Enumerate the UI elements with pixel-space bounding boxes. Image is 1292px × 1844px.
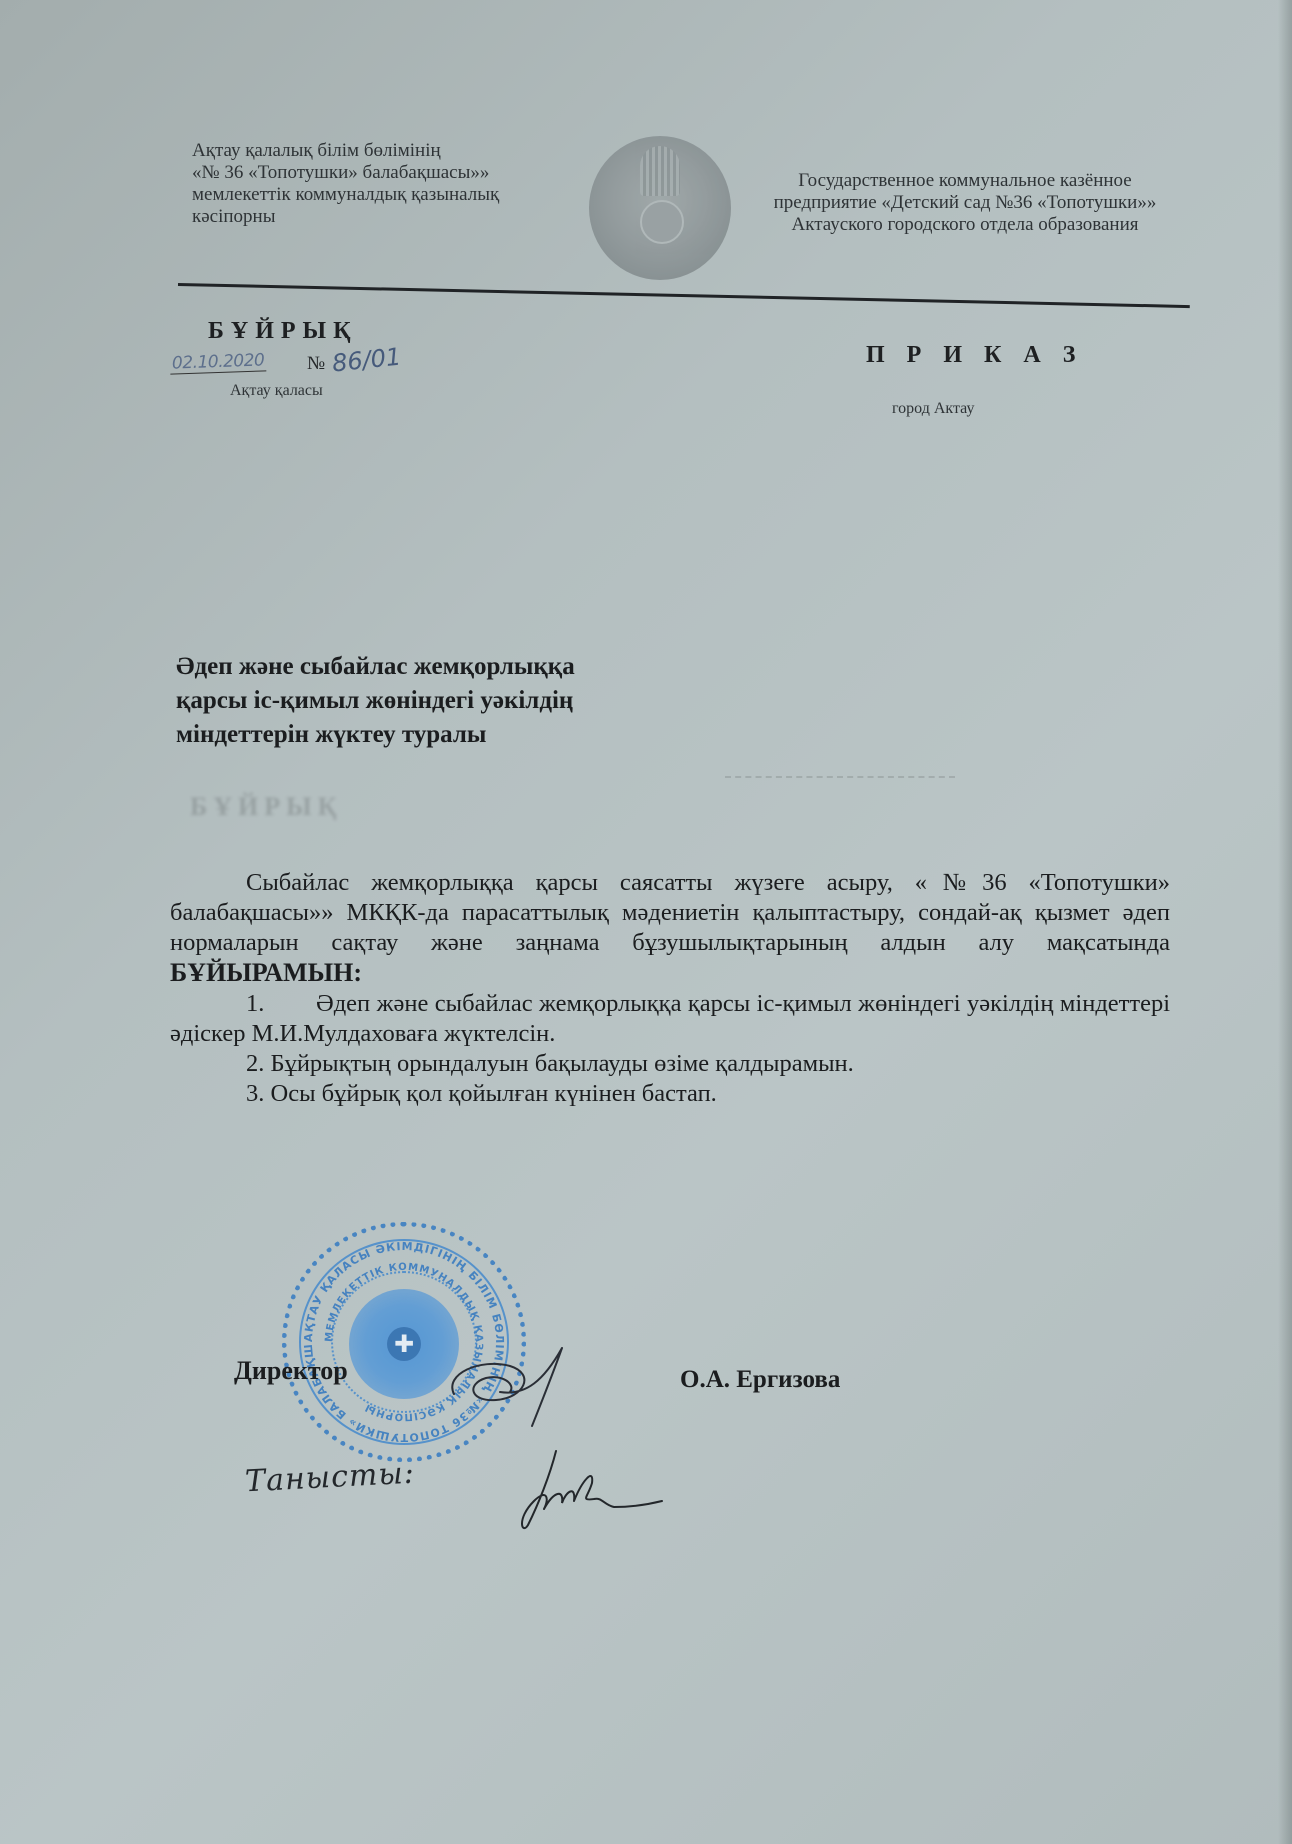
emblem-rays — [640, 146, 680, 196]
subject-line: Әдеп және сыбайлас жемқорлыққа — [176, 650, 736, 684]
order-body: Сыбайлас жемқорлыққа қарсы саясатты жүзе… — [170, 868, 1170, 1109]
header-ru-line: Актауского городского отдела образования — [735, 214, 1195, 236]
director-name: О.А. Ергизова — [680, 1366, 840, 1394]
acknowledgement-label-handwritten: Танысты: — [244, 1456, 415, 1500]
item-number: 3. — [246, 1080, 264, 1107]
subject-line: қарсы іс-қимыл жөніндегі уәкілдің — [176, 684, 736, 718]
header-kk-line: «№ 36 «Топотушки» балабақшасы»» — [192, 162, 592, 184]
header-ru-line: Государственное коммунальное казённое — [735, 170, 1195, 192]
acknowledgement-signature-icon — [510, 1445, 670, 1535]
order-number-handwritten: 86/01 — [331, 342, 403, 377]
header-org-russian: Государственное коммунальное казённое пр… — [735, 170, 1195, 236]
order-city-kazakh: Ақтау қаласы — [230, 382, 323, 400]
item-text: Бұйрықтың орындалуын бақылауды өзіме қал… — [271, 1050, 854, 1077]
stamp-center-icon: ✚ — [387, 1327, 421, 1361]
order-subject: Әдеп және сыбайлас жемқорлыққа қарсы іс-… — [176, 650, 736, 752]
order-title-russian: П Р И К А З — [866, 342, 1083, 369]
header-ru-line: предприятие «Детский сад №36 «Топотушки»… — [735, 192, 1195, 214]
order-item-3: 3. Осы бұйрық қол қойылған күнінен баста… — [170, 1079, 1170, 1109]
order-date-handwritten: 02.10.2020 — [170, 350, 267, 374]
state-emblem-icon — [589, 136, 731, 280]
order-title-kazakh: БҰЙРЫҚ — [208, 318, 358, 345]
emblem-center — [640, 200, 684, 244]
order-item-2: 2. Бұйрықтың орындалуын бақылауды өзіме … — [170, 1049, 1170, 1079]
header-divider — [178, 283, 1190, 308]
item-number: 2. — [246, 1050, 264, 1077]
header-kk-line: Ақтау қалалық білім бөлімінің — [192, 140, 592, 162]
order-city-russian: город Актау — [892, 400, 974, 418]
directive-text: БҰЙЫРАМЫН: — [170, 958, 362, 987]
preamble-text: Сыбайлас жемқорлыққа қарсы саясатты жүзе… — [170, 869, 1170, 956]
order-number-sign: № — [307, 353, 325, 375]
page-edge-shadow — [1278, 0, 1292, 1844]
bleed-through-text: БҰЙРЫҚ — [190, 792, 342, 822]
order-item-1: 1.Әдеп және сыбайлас жемқорлыққа қарсы і… — [170, 989, 1170, 1049]
header-kk-line: мемлекеттік коммуналдық қазыналық — [192, 184, 592, 206]
subject-line: міндеттерін жүктеу туралы — [176, 718, 736, 752]
director-label: Директор — [234, 1356, 348, 1386]
faint-marks — [725, 776, 955, 780]
header-org-kazakh: Ақтау қалалық білім бөлімінің «№ 36 «Топ… — [192, 140, 592, 228]
preamble-paragraph: Сыбайлас жемқорлыққа қарсы саясатты жүзе… — [170, 868, 1170, 989]
header-kk-line: кәсіпорны — [192, 206, 592, 228]
item-text: Осы бұйрық қол қойылған күнінен бастап. — [271, 1080, 717, 1107]
document-page: Ақтау қалалық білім бөлімінің «№ 36 «Топ… — [0, 0, 1292, 1844]
director-signature-icon — [440, 1340, 580, 1430]
item-text: Әдеп және сыбайлас жемқорлыққа қарсы іс-… — [170, 990, 1170, 1047]
item-number: 1. — [246, 989, 316, 1019]
